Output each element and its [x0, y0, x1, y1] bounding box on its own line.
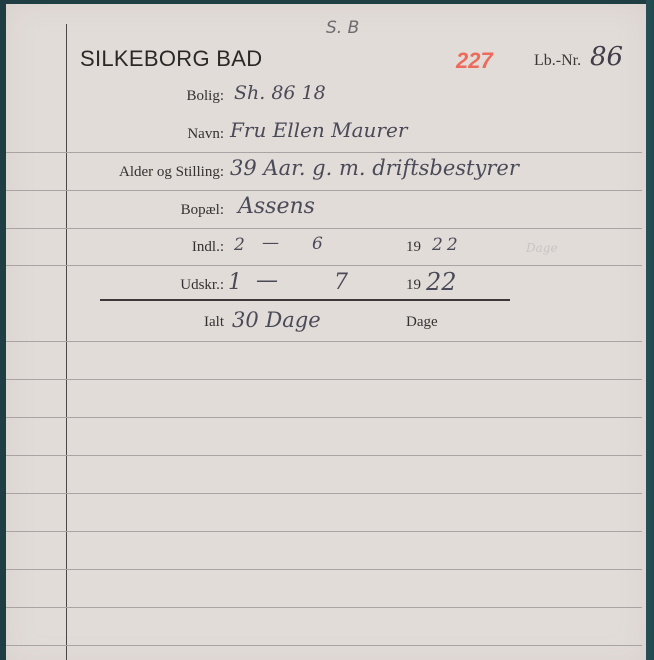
bleed-through-text: Dage	[526, 241, 558, 255]
indl-label: Indl.:	[126, 239, 224, 256]
ialt-dage-suffix: Dage	[406, 314, 438, 331]
ialt-value: 30 Dage	[232, 308, 321, 332]
registration-card: S. B SILKEBORG BAD 227 Lb.-Nr. 86 Bolig:…	[6, 4, 648, 660]
bolig-value: Sh. 86 18	[234, 82, 326, 104]
ruled-line	[6, 228, 642, 229]
udskr-month: 7	[334, 270, 348, 295]
navn-label: Navn:	[126, 126, 224, 143]
ruled-line	[6, 341, 642, 342]
ruled-line	[6, 607, 642, 608]
udskr-year-suffix: 22	[426, 268, 457, 296]
udskr-label: Udskr.:	[126, 277, 224, 294]
indl-month: 6	[312, 234, 323, 254]
lb-nr-value: 86	[590, 42, 623, 72]
total-underline	[100, 299, 510, 301]
margin-line	[66, 24, 67, 660]
corner-note: S. B	[326, 18, 359, 38]
alder-stilling-value: 39 Aar. g. m. driftsbestyrer	[230, 156, 519, 180]
navn-value: Fru Ellen Maurer	[230, 118, 407, 142]
ruled-line	[6, 455, 642, 456]
indl-year-suffix: 22	[432, 235, 462, 255]
udskr-dash: —	[256, 268, 278, 293]
ruled-line	[6, 493, 642, 494]
bolig-label: Bolig:	[126, 88, 224, 105]
ialt-label: Ialt	[156, 314, 224, 331]
ruled-line	[6, 417, 642, 418]
background-edge	[646, 0, 654, 660]
ruled-line	[6, 531, 642, 532]
ruled-line	[6, 265, 642, 266]
bopael-label: Bopæl:	[126, 202, 224, 219]
indl-day: 2	[234, 235, 245, 255]
ruled-line	[6, 152, 642, 153]
udskr-year-prefix: 19	[406, 277, 421, 294]
ruled-line	[6, 190, 642, 191]
alder-stilling-label: Alder og Stilling:	[66, 164, 224, 181]
ruled-line	[6, 569, 642, 570]
lb-nr-label: Lb.-Nr.	[534, 52, 581, 70]
card-title: SILKEBORG BAD	[80, 46, 262, 72]
bopael-value: Assens	[238, 194, 315, 219]
indl-year-prefix: 19	[406, 239, 421, 256]
udskr-day: 1	[228, 270, 242, 295]
serial-number: 227	[456, 48, 493, 74]
ruled-line	[6, 379, 642, 380]
indl-dash: —	[262, 233, 279, 253]
ruled-line	[6, 645, 642, 646]
